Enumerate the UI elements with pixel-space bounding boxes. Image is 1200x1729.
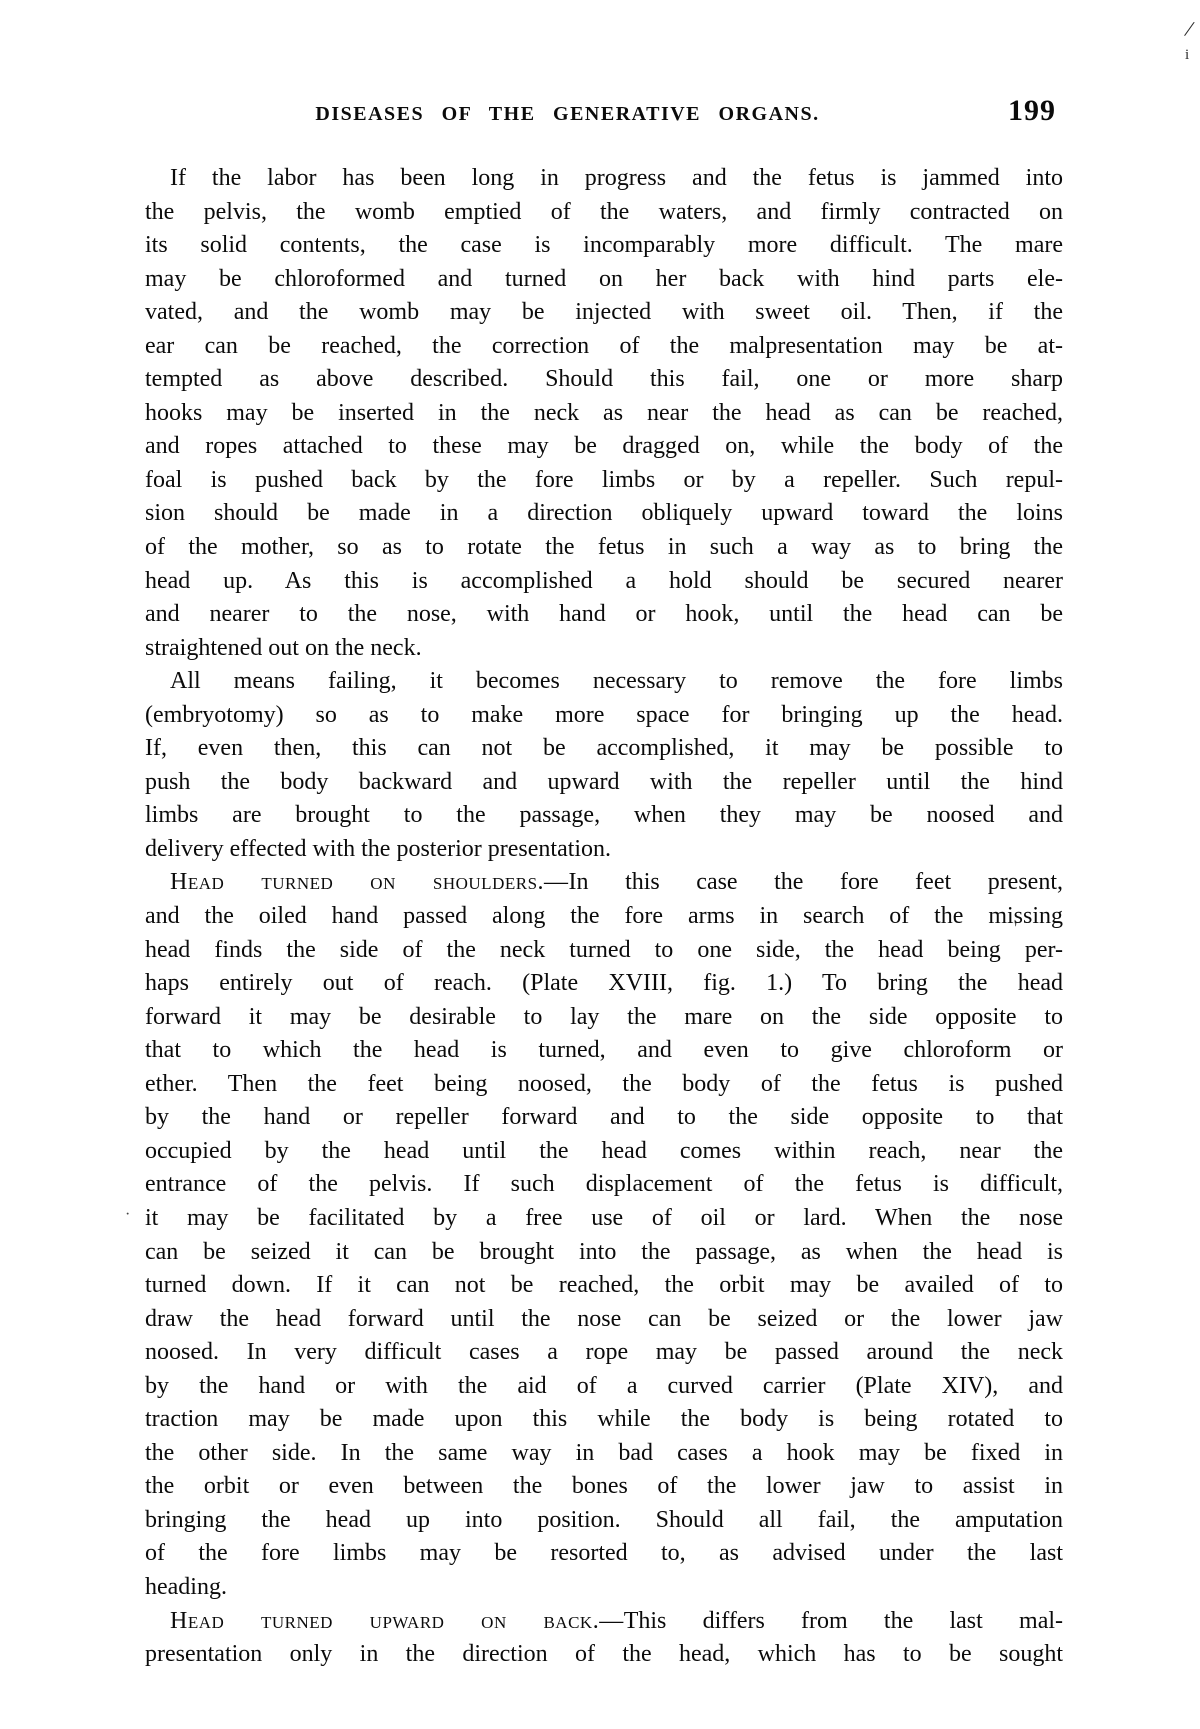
text-line: head finds the side of the neck turned t… <box>145 934 1063 968</box>
running-title: DISEASES OF THE GENERATIVE ORGANS. <box>145 103 990 126</box>
text-line: hooks may be inserted in the neck as nea… <box>145 397 1063 431</box>
text-line: ear can be reached, the correction of th… <box>145 330 1063 364</box>
text-line: by the hand or repeller forward and to t… <box>145 1101 1063 1135</box>
text-line: the other side. In the same way in bad c… <box>145 1437 1063 1471</box>
text-line: entrance of the pelvis. If such displace… <box>145 1168 1063 1202</box>
text-line: ether. Then the feet being noosed, the b… <box>145 1068 1063 1102</box>
text-line: turned down. If it can not be reached, t… <box>145 1269 1063 1303</box>
margin-slash-mark: / <box>1184 16 1194 43</box>
text-line: it may be facilitated by a free use of o… <box>145 1202 1063 1236</box>
text-line: All means failing, it becomes necessary … <box>145 665 1063 699</box>
text-line: If, even then, this can not be accomplis… <box>145 732 1063 766</box>
text-line: heading. <box>145 1571 1063 1605</box>
text-line: push the body backward and upward with t… <box>145 766 1063 800</box>
page-number: 199 <box>1008 94 1056 128</box>
text-line: Head turned on shoulders.—In this case t… <box>145 866 1063 900</box>
text-line: haps entirely out of reach. (Plate XVIII… <box>145 967 1063 1001</box>
section-heading-smallcaps: Head turned on shoulders.— <box>170 869 569 895</box>
text-line: its solid contents, the case is incompar… <box>145 229 1063 263</box>
text-line: delivery effected with the posterior pre… <box>145 833 1063 867</box>
text-line: If the labor has been long in progress a… <box>145 162 1063 196</box>
text-line: may be chloroformed and turned on her ba… <box>145 263 1063 297</box>
text-line: the orbit or even between the bones of t… <box>145 1470 1063 1504</box>
text-line: head up. As this is accomplished a hold … <box>145 565 1063 599</box>
text-line: vated, and the womb may be injected with… <box>145 296 1063 330</box>
text-line: straightened out on the neck. <box>145 632 1063 666</box>
section-heading-rest: In this case the fore feet present, <box>569 869 1063 895</box>
text-line: bringing the head up into position. Shou… <box>145 1504 1063 1538</box>
text-line: noosed. In very difficult cases a rope m… <box>145 1336 1063 1370</box>
text-line: draw the head forward until the nose can… <box>145 1303 1063 1337</box>
text-line: tempted as above described. Should this … <box>145 363 1063 397</box>
text-line: the pelvis, the womb emptied of the wate… <box>145 196 1063 230</box>
text-line: foal is pushed back by the fore limbs or… <box>145 464 1063 498</box>
text-line: can be seized it can be brought into the… <box>145 1236 1063 1270</box>
margin-dot-mark: · <box>125 1206 130 1224</box>
margin-i-mark: i <box>1185 47 1189 64</box>
text-line: that to which the head is turned, and ev… <box>145 1034 1063 1068</box>
text-line: traction may be made upon this while the… <box>145 1403 1063 1437</box>
text-line: forward it may be desirable to lay the m… <box>145 1001 1063 1035</box>
text-line: and the oiled hand passed along the fore… <box>145 900 1063 934</box>
text-line: by the hand or with the aid of a curved … <box>145 1370 1063 1404</box>
text-line: and ropes attached to these may be dragg… <box>145 430 1063 464</box>
book-page: DISEASES OF THE GENERATIVE ORGANS. 199 /… <box>0 0 1200 1729</box>
section-heading-smallcaps: Head turned upward on back.— <box>170 1608 624 1634</box>
text-line: and nearer to the nose, with hand or hoo… <box>145 598 1063 632</box>
text-line: limbs are brought to the passage, when t… <box>145 799 1063 833</box>
page-body-text: If the labor has been long in progress a… <box>145 162 1063 1672</box>
text-line: Head turned upward on back.—This differs… <box>145 1605 1063 1639</box>
text-line: (embryotomy) so as to make more space fo… <box>145 699 1063 733</box>
section-heading-rest: This differs from the last mal- <box>624 1608 1063 1634</box>
text-line: of the fore limbs may be resorted to, as… <box>145 1537 1063 1571</box>
text-line: sion should be made in a direction obliq… <box>145 497 1063 531</box>
text-line: of the mother, so as to rotate the fetus… <box>145 531 1063 565</box>
text-line: occupied by the head until the head come… <box>145 1135 1063 1169</box>
text-line: presentation only in the direction of th… <box>145 1638 1063 1672</box>
